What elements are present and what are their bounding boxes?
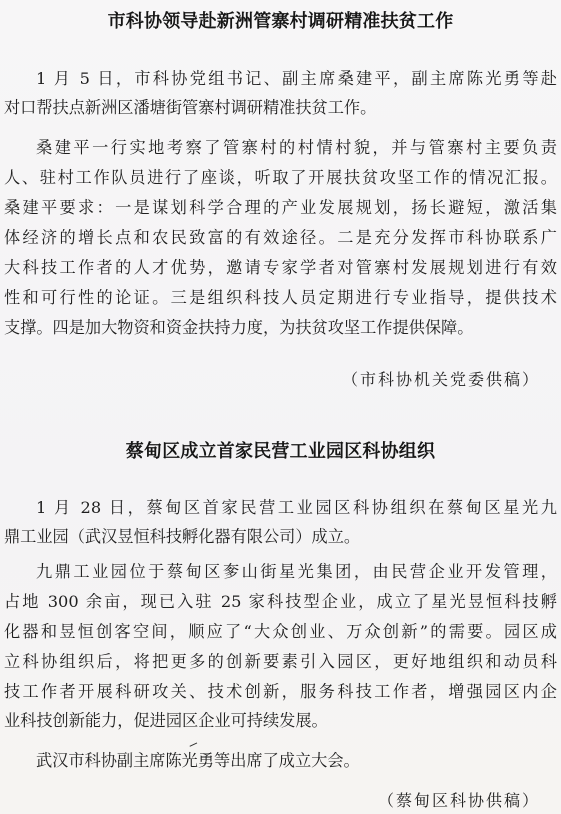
article-1-line-9: 支撑。四是加大物资和资金扶持力度，为扶贫攻坚工作提供保障。 [4,318,557,338]
article-1-line-7: 大科技工作者的人才优势，邀请专家学者对管寨村发展规划进行有效 [4,258,557,278]
article-2-line-6: 立科协组织后，将把更多的创新要素引入园区，更好地组织和动员科 [4,652,557,672]
article-2-line-2: 鼎工业园（武汉昱恒科技孵化器有限公司）成立。 [4,527,557,547]
article-2-line-5: 化器和昱恒创客空间，顺应了“大众创业、万众创新”的需要。园区成 [4,622,557,642]
article-2-title: 蔡甸区成立首家民营工业园区科协组织 [0,437,561,463]
article-1-line-5: 桑建平要求：一是谋划科学合理的产业发展规划，扬长避短，激活集 [4,198,557,218]
article-1-source: （市科协机关党委供稿） [342,370,540,390]
article-1-line-2: 对口帮扶点新洲区潘塘街管寨村调研精准扶贫工作。 [4,98,557,118]
article-2-line-3: 九鼎工业园位于蔡甸区奓山街星光集团，由民营企业开发管理， [36,562,557,582]
article-1-line-1: 1 月 5 日，市科协党组书记、副主席桑建平，副主席陈光勇等赴 [36,69,557,89]
article-2-line-1: 1 月 28 日，蔡甸区首家民营工业园区科协组织在蔡甸区星光九 [36,498,557,518]
document-page: 市科协领导赴新洲管寨村调研精准扶贫工作 1 月 5 日，市科协党组书记、副主席桑… [0,0,561,814]
article-2-line-8: 业科技创新能力，促进园区企业可持续发展。 [4,711,557,731]
article-2-line-7: 技工作者开展科研攻关、技术创新，服务科技工作者，增强园区内企 [4,682,557,702]
article-1-line-4: 人、驻村工作队员进行了座谈，听取了开展扶贫攻坚工作的情况汇报。 [4,168,557,188]
article-2-line-4: 占地 300 余亩，现已入驻 25 家科技型企业，成立了星光昱恒科技孵 [4,592,557,612]
article-1-line-8: 性和可行性的论证。三是组织科技人员定期进行专业指导，提供技术 [4,288,557,308]
ink-mark [190,742,199,749]
article-1-line-6: 体经济的增长点和农民致富的有效途径。二是充分发挥市科协联系广 [4,228,557,248]
article-2-line-9: 武汉市科协副主席陈光勇等出席了成立大会。 [36,751,557,771]
article-1-line-3: 桑建平一行实地考察了管寨村的村情村貌，并与管寨村主要负责 [36,138,557,158]
article-1-title: 市科协领导赴新洲管寨村调研精准扶贫工作 [0,7,561,33]
article-2-source: （蔡甸区科协供稿） [378,791,540,811]
